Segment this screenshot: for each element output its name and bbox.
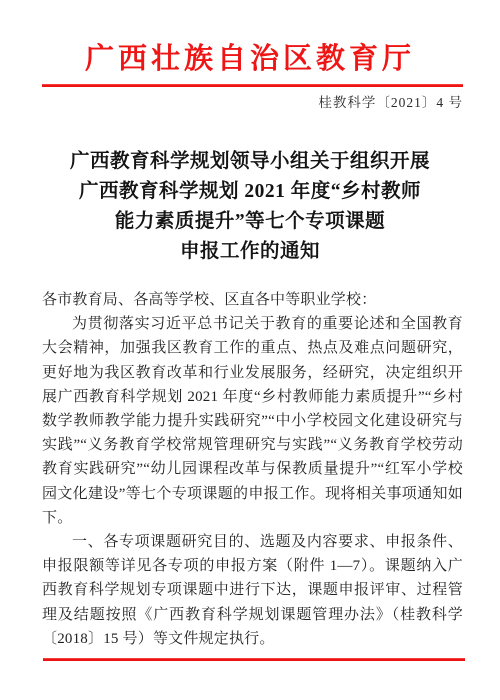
- document-page: 广西壮族自治区教育厅 桂教科学〔2021〕4 号 广西教育科学规划领导小组关于组…: [0, 0, 500, 700]
- document-number: 桂教科学〔2021〕4 号: [0, 94, 500, 111]
- body-paragraph-1: 为贯彻落实习近平总书记关于教育的重要论述和全国教育大会精神，加强我区教育工作的重…: [42, 312, 463, 530]
- document-title-line-3: 能力素质提升”等七个专项课题: [0, 207, 500, 237]
- page-bottom-divider-line: [43, 658, 465, 661]
- salutation: 各市教育局、各高等学校、区直各中等职业学校：: [42, 288, 463, 312]
- document-body: 各市教育局、各高等学校、区直各中等职业学校： 为贯彻落实习近平总书记关于教育的重…: [42, 288, 463, 651]
- document-title-line-2: 广西教育科学规划 2021 年度“乡村教师: [0, 177, 500, 207]
- document-title-line-4: 申报工作的通知: [0, 237, 500, 267]
- document-title-line-1: 广西教育科学规划领导小组关于组织开展: [0, 147, 500, 177]
- letterhead-divider-line: [42, 84, 463, 87]
- document-title: 广西教育科学规划领导小组关于组织开展 广西教育科学规划 2021 年度“乡村教师…: [0, 147, 500, 267]
- body-paragraph-2: 一、各专项课题研究目的、选题及内容要求、申报条件、申报限额等详见各专项的申报方案…: [42, 530, 463, 651]
- letterhead-org-name: 广西壮族自治区教育厅: [0, 43, 500, 75]
